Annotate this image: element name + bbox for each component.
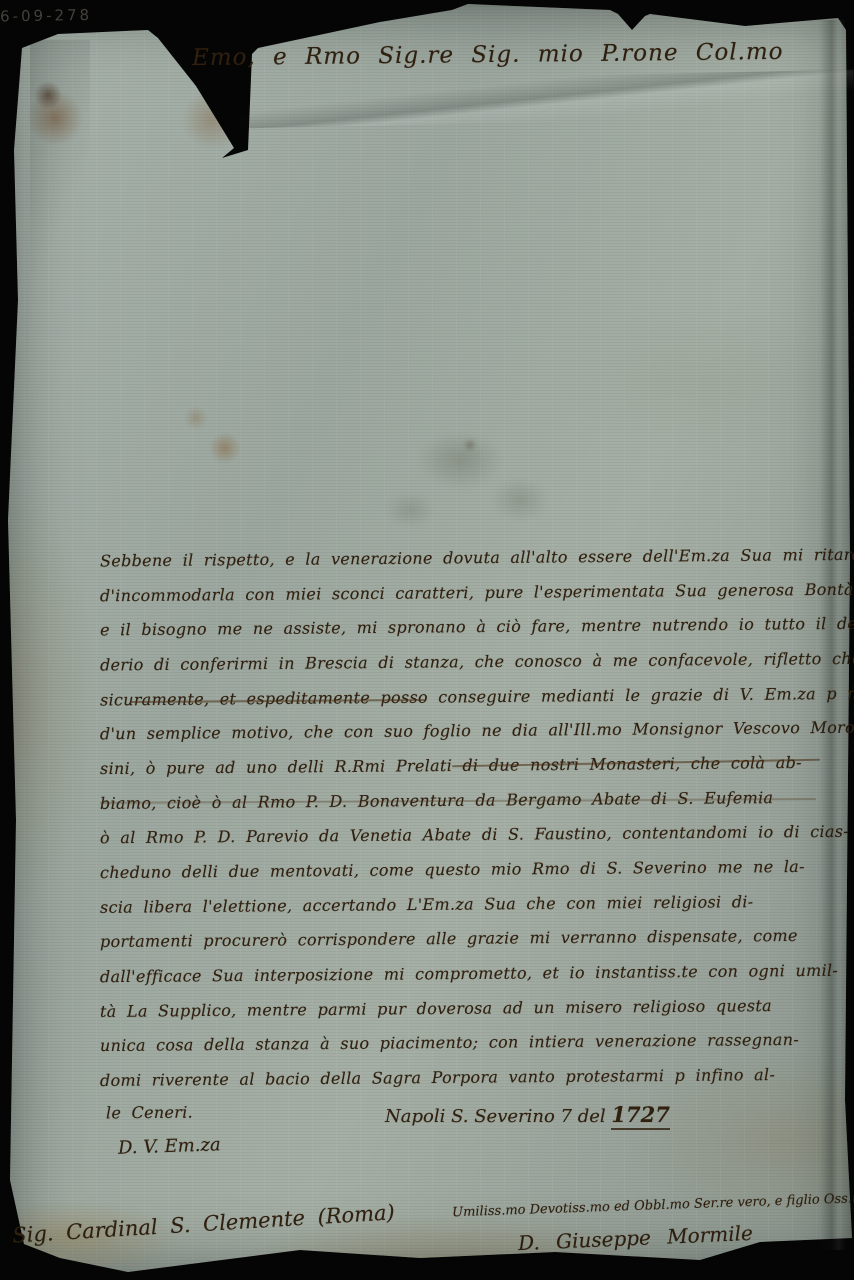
dateline-place-day: Napoli S. Severino 7 del: [385, 1106, 611, 1127]
dateline-year: 1727: [611, 1102, 669, 1130]
closing-formula: D. V. Em.za: [118, 1134, 221, 1159]
ink-bleedthrough-stain: [350, 390, 610, 550]
body-last-line: le Ceneri.: [106, 1103, 193, 1123]
dateline: Napoli S. Severino 7 del 1727: [385, 1102, 670, 1127]
scanned-letter-page: Emo, e Rmo Sig.re Sig. mio P.rone Col.mo…: [0, 0, 854, 1280]
